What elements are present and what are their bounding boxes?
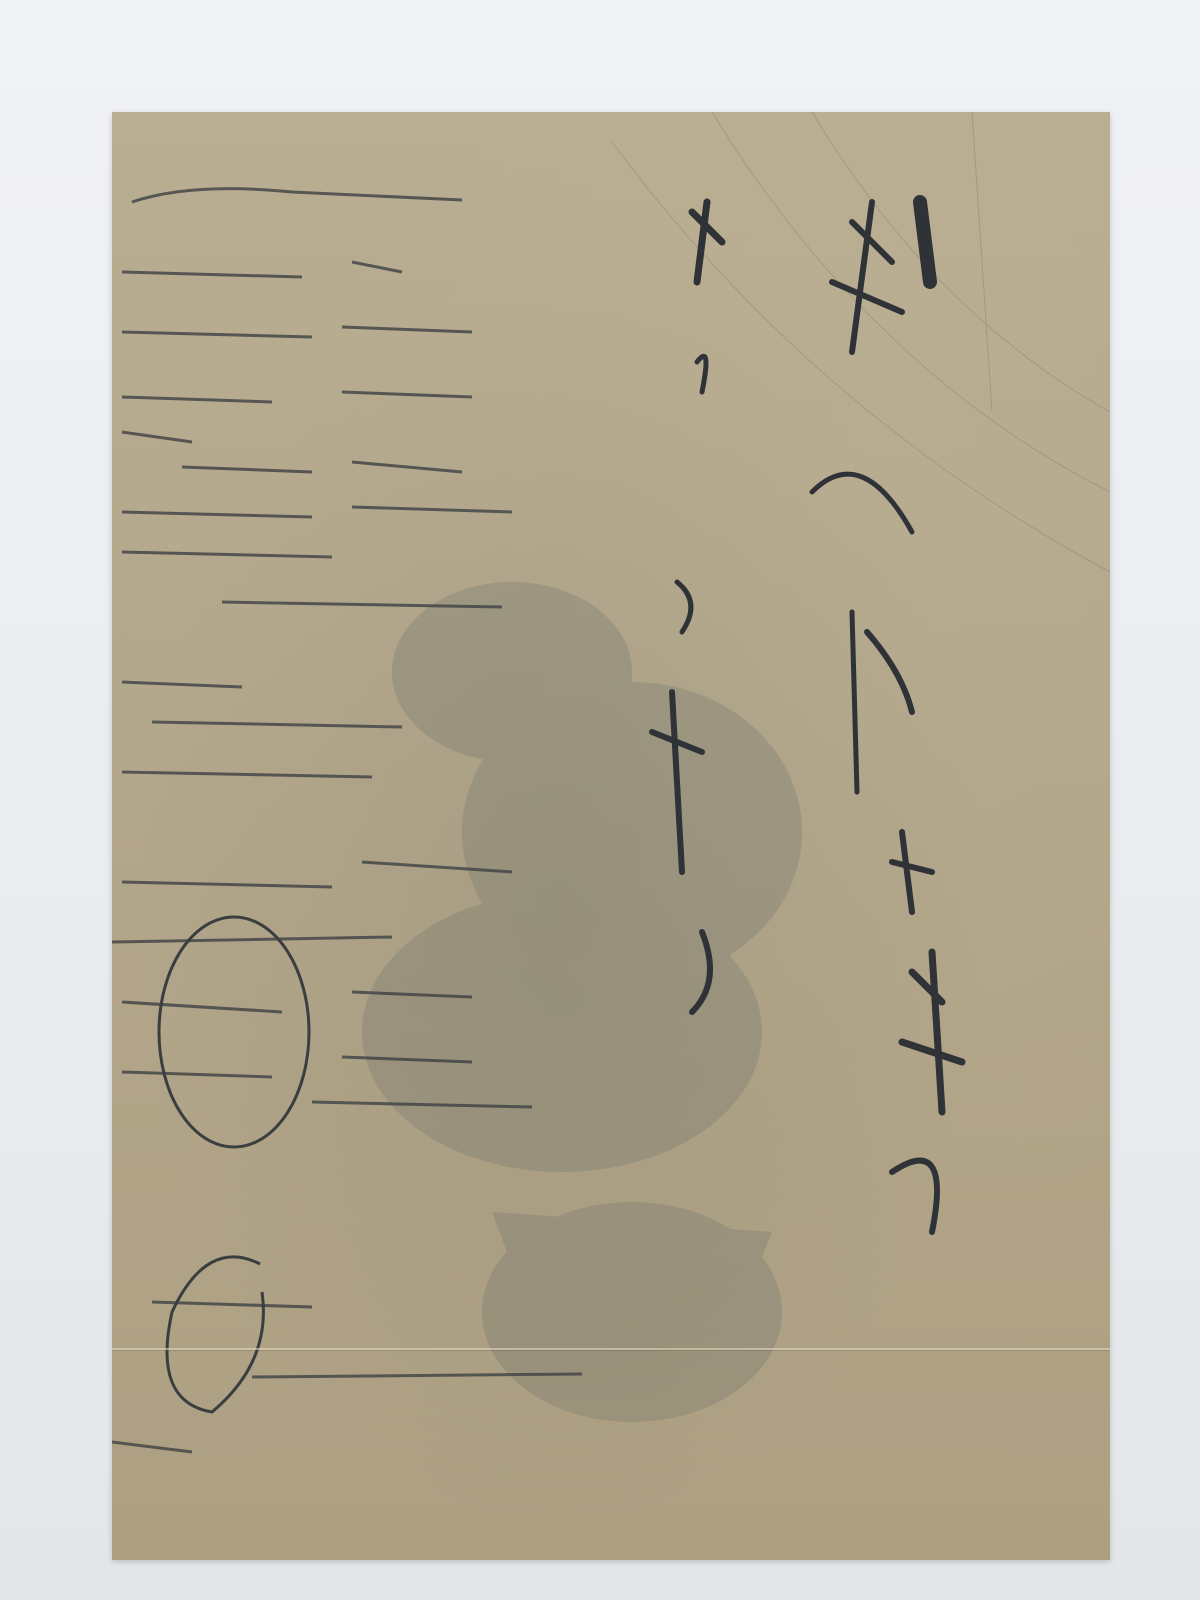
show-through-figure (362, 582, 802, 1422)
circled-annotations (159, 917, 309, 1412)
paper-fold-crease (112, 1348, 1110, 1350)
paper-markings (112, 112, 1110, 1560)
aged-paper-sheet (112, 112, 1110, 1560)
radiating-lines (612, 112, 1110, 572)
